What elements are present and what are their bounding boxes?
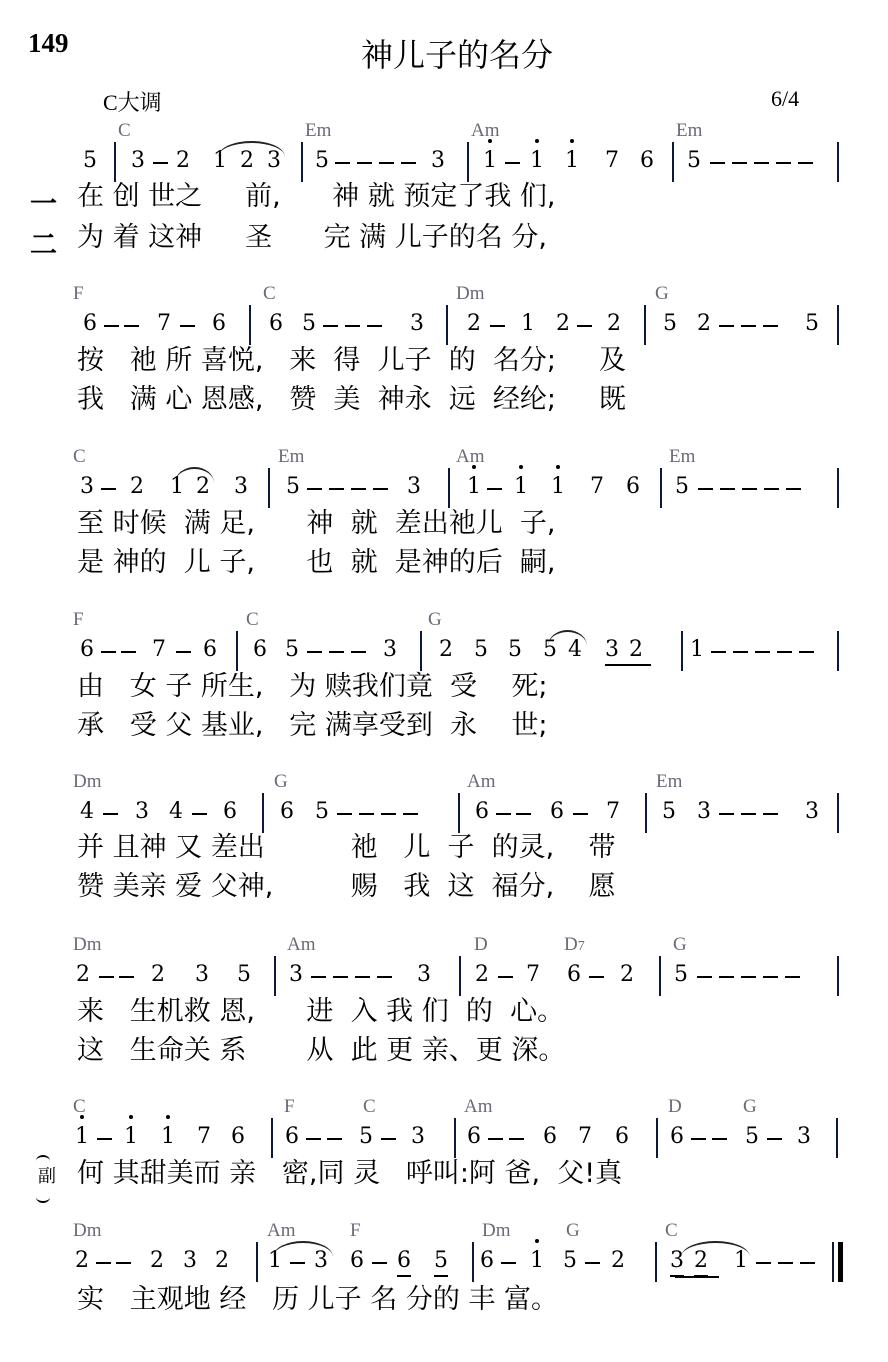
- sustain-dash: [800, 1262, 815, 1264]
- slur: [681, 1241, 750, 1257]
- barline: [262, 793, 264, 833]
- note: 5: [661, 799, 677, 825]
- sustain-dash: [96, 1262, 111, 1264]
- barline: [837, 305, 839, 345]
- sustain-dash: [741, 325, 756, 327]
- sustain-dash: [351, 651, 366, 653]
- note: 6: [542, 1124, 558, 1150]
- note: 2: [149, 1248, 165, 1274]
- barline: [644, 305, 646, 345]
- note: 3: [382, 637, 398, 663]
- chord-symbol: Am: [287, 934, 316, 956]
- note: 3: [409, 311, 425, 337]
- sustain-dash: [372, 1262, 387, 1264]
- sustain-dash: [778, 1262, 793, 1264]
- high-octave-dot: [535, 139, 539, 143]
- chord-symbol: G: [274, 771, 288, 793]
- barline: [448, 468, 450, 508]
- barline: [459, 956, 461, 996]
- slur: [548, 630, 587, 646]
- chord-symbol: D: [668, 1096, 682, 1118]
- sustain-dash: [367, 325, 382, 327]
- sustain-dash: [573, 813, 588, 815]
- note: 5: [744, 1124, 760, 1150]
- chorus-mark: 副: [38, 1167, 58, 1187]
- note: 6: [549, 799, 565, 825]
- note: 2: [466, 311, 482, 337]
- eighth-underline: [434, 1275, 448, 1277]
- note: 1: [520, 311, 536, 337]
- sustain-dash: [516, 813, 531, 815]
- chord-symbol: F: [284, 1096, 295, 1118]
- barline: [659, 956, 661, 996]
- chord-symbol: F: [73, 283, 84, 305]
- slur: [175, 467, 214, 483]
- note: 3: [604, 637, 620, 663]
- sustain-dash: [799, 651, 814, 653]
- note: 3: [406, 474, 422, 500]
- note: 6: [82, 311, 98, 337]
- sustain-dash: [104, 325, 119, 327]
- slur: [273, 1241, 333, 1257]
- note: 5: [662, 311, 678, 337]
- chorus-bracket-bottom: [36, 1191, 50, 1203]
- sustain-dash: [741, 976, 756, 978]
- barline: [236, 631, 238, 671]
- sustain-dash: [711, 651, 726, 653]
- note: 7: [605, 799, 621, 825]
- sustain-dash: [101, 651, 116, 653]
- note: 6: [669, 1124, 685, 1150]
- sustain-dash: [577, 325, 592, 327]
- note: 5: [285, 474, 301, 500]
- barline: [472, 1242, 474, 1282]
- note: 2: [474, 962, 490, 988]
- lyric-line: 并 且神 又 差出 祂 儿 子 的灵, 带: [77, 833, 616, 863]
- note: 1: [529, 1248, 545, 1274]
- time-signature: 6/4: [771, 86, 799, 112]
- note: 6: [79, 637, 95, 663]
- sustain-dash: [373, 488, 388, 490]
- sustain-dash: [327, 1138, 342, 1140]
- chord-symbol: Dm: [73, 771, 102, 793]
- chord-symbol: G: [673, 934, 687, 956]
- note: 5: [562, 1248, 578, 1274]
- sustain-dash: [307, 651, 322, 653]
- note: 6: [396, 1248, 412, 1274]
- sustain-dash: [153, 162, 168, 164]
- note: 7: [589, 474, 605, 500]
- lyric-line: 为 着 这神 圣 完 满 儿子的名 分,: [77, 223, 547, 253]
- chord-symbol: Am: [471, 120, 500, 142]
- note: 6: [479, 1248, 495, 1274]
- high-octave-dot: [129, 1115, 133, 1119]
- sustain-dash: [192, 813, 207, 815]
- barline: [836, 1118, 838, 1158]
- note: 6: [284, 1124, 300, 1150]
- sustain-dash: [180, 325, 195, 327]
- note: 3: [804, 799, 820, 825]
- note: 5: [301, 311, 317, 337]
- sustain-dash: [97, 1138, 112, 1140]
- sustain-dash: [357, 162, 372, 164]
- note: 6: [349, 1248, 365, 1274]
- note: 1: [529, 148, 545, 174]
- note: 2: [606, 311, 622, 337]
- barline: [268, 468, 270, 508]
- sustain-dash: [329, 488, 344, 490]
- note: 6: [279, 799, 295, 825]
- sustain-dash: [776, 162, 791, 164]
- barline: [256, 1242, 258, 1282]
- chord-symbol: Em: [305, 120, 331, 142]
- chord-symbol: Am: [467, 771, 496, 793]
- chord-extension: 7: [578, 939, 585, 954]
- sustain-dash: [697, 976, 712, 978]
- high-octave-dot: [556, 465, 560, 469]
- barline: [645, 793, 647, 833]
- sustain-dash: [763, 813, 778, 815]
- sustain-dash: [311, 976, 326, 978]
- sustain-dash: [351, 488, 366, 490]
- high-octave-dot: [166, 1115, 170, 1119]
- chord-symbol: G: [428, 609, 442, 631]
- sustain-dash: [698, 488, 713, 490]
- note: 5: [236, 962, 252, 988]
- barline: [249, 305, 251, 345]
- sustain-dash: [589, 976, 604, 978]
- chord-symbol: Dm: [73, 934, 102, 956]
- note: 3: [79, 474, 95, 500]
- sustain-dash: [355, 976, 370, 978]
- lyric-line: 是 神的 儿 子, 也 就 是神的后 嗣,: [77, 548, 556, 578]
- note: 5: [433, 1248, 449, 1274]
- barline: [837, 956, 839, 996]
- sustain-dash: [754, 162, 769, 164]
- sustain-dash: [741, 813, 756, 815]
- note: 3: [134, 799, 150, 825]
- sustain-dash: [333, 976, 348, 978]
- barline: [301, 142, 303, 182]
- sustain-dash: [490, 325, 505, 327]
- lyric-line: 按 祂 所 喜悦, 来 得 儿子 的 名分; 及: [77, 346, 626, 376]
- note: 2: [619, 962, 635, 988]
- note: 6: [466, 1124, 482, 1150]
- sustain-dash: [359, 813, 374, 815]
- sustain-dash: [176, 651, 191, 653]
- sustain-dash: [487, 488, 502, 490]
- sustain-dash: [501, 1262, 516, 1264]
- note: 2: [214, 1248, 230, 1274]
- note: 6: [252, 637, 268, 663]
- note: 5: [473, 637, 489, 663]
- note: 5: [674, 474, 690, 500]
- note: 2: [610, 1248, 626, 1274]
- sustain-dash: [505, 162, 520, 164]
- sustain-dash: [763, 325, 778, 327]
- note: 5: [673, 962, 689, 988]
- barline: [837, 793, 839, 833]
- lyric-line: 承 受 父 基业, 完 满享受到 永 世;: [77, 711, 547, 741]
- note: 3: [182, 1248, 198, 1274]
- sustain-dash: [377, 976, 392, 978]
- chord-symbol: D7: [564, 934, 585, 956]
- note: 1: [513, 474, 529, 500]
- note: 3: [194, 962, 210, 988]
- sustain-dash: [403, 813, 418, 815]
- lyric-line: 在 创 世之 前, 神 就 预定了我 们,: [77, 182, 556, 212]
- lyric-line: 实 主观地 经 历 儿子 名 分的 丰 富。: [77, 1285, 558, 1315]
- note: 1: [74, 1124, 90, 1150]
- chord-symbol: C: [73, 1096, 86, 1118]
- note: 3: [796, 1124, 812, 1150]
- final-barline: [838, 1242, 843, 1282]
- eighth-underline: [397, 1275, 411, 1277]
- sustain-dash: [756, 1262, 771, 1264]
- sustain-dash: [99, 976, 114, 978]
- lyric-line: 来 生机救 恩, 进 入 我 们 的 心。: [77, 997, 564, 1027]
- barline: [656, 1118, 658, 1158]
- note: 5: [358, 1124, 374, 1150]
- note: 7: [525, 962, 541, 988]
- lyric-line: 至 时候 满 足, 神 就 差出祂儿 子,: [77, 509, 556, 539]
- high-octave-dot: [80, 1115, 84, 1119]
- sustain-dash: [496, 813, 511, 815]
- note: 6: [625, 474, 641, 500]
- note: 5: [284, 637, 300, 663]
- note: 1: [466, 474, 482, 500]
- barline: [420, 631, 422, 671]
- sustain-dash: [755, 651, 770, 653]
- barline: [837, 631, 839, 671]
- chord-symbol: C: [363, 1096, 376, 1118]
- barline: [681, 631, 683, 671]
- note: 6: [614, 1124, 630, 1150]
- note: 5: [507, 637, 523, 663]
- chord-symbol: G: [655, 283, 669, 305]
- sustain-dash: [290, 1262, 305, 1264]
- note: 2: [175, 148, 191, 174]
- note: 5: [686, 148, 702, 174]
- note: 3: [288, 962, 304, 988]
- high-octave-dot: [535, 1239, 539, 1243]
- note: 3: [130, 148, 146, 174]
- note: 6: [639, 148, 655, 174]
- sustain-dash: [103, 813, 118, 815]
- barline: [274, 956, 276, 996]
- sustain-dash: [306, 1138, 321, 1140]
- note: 7: [151, 637, 167, 663]
- chorus-bracket-top: [36, 1155, 50, 1167]
- barline: [271, 1118, 273, 1158]
- chord-symbol: Am: [464, 1096, 493, 1118]
- chord-symbol: Dm: [73, 1220, 102, 1242]
- note: 1: [564, 148, 580, 174]
- lyric-line: 我 满 心 恩感, 赞 美 神永 远 经纶; 既: [77, 385, 626, 415]
- note: 2: [555, 311, 571, 337]
- sustain-dash: [323, 325, 338, 327]
- barline: [660, 468, 662, 508]
- sustain-dash: [798, 162, 813, 164]
- sustain-dash: [742, 488, 757, 490]
- barline: [672, 142, 674, 182]
- lyric-line: 赞 美亲 爱 父神, 赐 我 这 福分, 愿: [77, 872, 616, 902]
- chord-symbol: D: [474, 934, 488, 956]
- chord-symbol: C: [246, 609, 259, 631]
- chord-symbol: Dm: [456, 283, 485, 305]
- note: 2: [628, 637, 644, 663]
- note: 6: [202, 637, 218, 663]
- barline: [655, 1242, 657, 1282]
- note: 5: [82, 148, 98, 174]
- note: 5: [804, 311, 820, 337]
- sustain-dash: [712, 1138, 727, 1140]
- barline: [454, 1118, 456, 1158]
- chord-symbol: G: [743, 1096, 757, 1118]
- sustain-dash: [764, 488, 779, 490]
- note: 7: [196, 1124, 212, 1150]
- sustain-dash: [732, 162, 747, 164]
- sustain-dash: [381, 1138, 396, 1140]
- lyric-line: 这 生命关 系 从 此 更 亲、更 深。: [77, 1036, 565, 1066]
- sustain-dash: [379, 162, 394, 164]
- sustain-dash: [307, 488, 322, 490]
- note: 2: [75, 962, 91, 988]
- high-octave-dot: [472, 465, 476, 469]
- high-octave-dot: [570, 139, 574, 143]
- chord-symbol: Em: [656, 771, 682, 793]
- note: 3: [696, 799, 712, 825]
- note: 6: [230, 1124, 246, 1150]
- sustain-dash: [767, 1138, 782, 1140]
- barline: [446, 305, 448, 345]
- note: 6: [566, 962, 582, 988]
- key-signature: C大调: [103, 86, 162, 117]
- lyric-line: 由 女 子 所生, 为 赎我们竟 受 死;: [77, 672, 547, 702]
- note: 5: [314, 799, 330, 825]
- sustain-dash: [101, 488, 116, 490]
- note: 4: [168, 799, 184, 825]
- eighth-beam: [608, 664, 651, 666]
- note: 2: [150, 962, 166, 988]
- note: 1: [123, 1124, 139, 1150]
- chord-symbol: Am: [456, 446, 485, 468]
- note: 6: [474, 799, 490, 825]
- sustain-dash: [691, 1138, 706, 1140]
- chord-symbol: Dm: [482, 1220, 511, 1242]
- sustain-dash: [498, 976, 513, 978]
- sustain-dash: [719, 325, 734, 327]
- note: 1: [550, 474, 566, 500]
- sustain-dash: [345, 325, 360, 327]
- lyric-line: 何 其甜美而 亲 密,同 灵 呼叫:阿 爸, 父!真: [77, 1159, 622, 1189]
- chord-symbol: C: [73, 446, 86, 468]
- barline: [458, 793, 460, 833]
- sustain-dash: [488, 1138, 503, 1140]
- chord-symbol: G: [566, 1220, 580, 1242]
- sustain-dash: [720, 488, 735, 490]
- sustain-dash: [401, 162, 416, 164]
- sustain-dash: [785, 976, 800, 978]
- sustain-dash: [119, 976, 134, 978]
- sustain-dash: [585, 1262, 600, 1264]
- note: 7: [604, 148, 620, 174]
- note: 5: [314, 148, 330, 174]
- chord-symbol: C: [665, 1220, 678, 1242]
- high-octave-dot: [519, 465, 523, 469]
- note: 2: [129, 474, 145, 500]
- sustain-dash: [733, 651, 748, 653]
- barline: [467, 142, 469, 182]
- chord-symbol: C: [118, 120, 131, 142]
- verse-number: 二: [30, 223, 57, 262]
- sustain-dash: [121, 651, 136, 653]
- sustain-dash: [763, 976, 778, 978]
- note: 2: [696, 311, 712, 337]
- slur: [218, 141, 285, 157]
- barline: [114, 142, 116, 182]
- sustain-dash: [124, 325, 139, 327]
- note: 3: [430, 148, 446, 174]
- chord-symbol: Em: [669, 446, 695, 468]
- chord-symbol: Em: [676, 120, 702, 142]
- high-octave-dot: [488, 139, 492, 143]
- sustain-dash: [509, 1138, 524, 1140]
- note: 7: [156, 311, 172, 337]
- note: 3: [233, 474, 249, 500]
- sustain-dash: [116, 1262, 131, 1264]
- sustain-dash: [719, 976, 734, 978]
- chord-symbol: F: [350, 1220, 361, 1242]
- note: 2: [74, 1248, 90, 1274]
- note: 1: [482, 148, 498, 174]
- sustain-dash: [329, 651, 344, 653]
- sustain-dash: [337, 813, 352, 815]
- chord-symbol: F: [73, 609, 84, 631]
- note: 2: [438, 637, 454, 663]
- note: 1: [689, 637, 705, 663]
- chord-symbol: Am: [267, 1220, 296, 1242]
- note: 6: [268, 311, 284, 337]
- barline: [837, 468, 839, 508]
- sustain-dash: [381, 813, 396, 815]
- barline: [832, 1242, 834, 1282]
- sustain-dash: [335, 162, 350, 164]
- chord-symbol: C: [263, 283, 276, 305]
- barline: [837, 142, 839, 182]
- note: 3: [416, 962, 432, 988]
- eighth-beam: [675, 1276, 719, 1278]
- sustain-dash: [710, 162, 725, 164]
- verse-number: 一: [30, 182, 57, 221]
- chord-symbol: Em: [278, 446, 304, 468]
- sustain-dash: [777, 651, 792, 653]
- sustain-dash: [719, 813, 734, 815]
- note: 6: [222, 799, 238, 825]
- note: 7: [577, 1124, 593, 1150]
- sustain-dash: [786, 488, 801, 490]
- hymn-title: 神儿子的名分: [0, 30, 888, 76]
- note: 6: [211, 311, 227, 337]
- note: 1: [160, 1124, 176, 1150]
- note: 4: [79, 799, 95, 825]
- note: 3: [410, 1124, 426, 1150]
